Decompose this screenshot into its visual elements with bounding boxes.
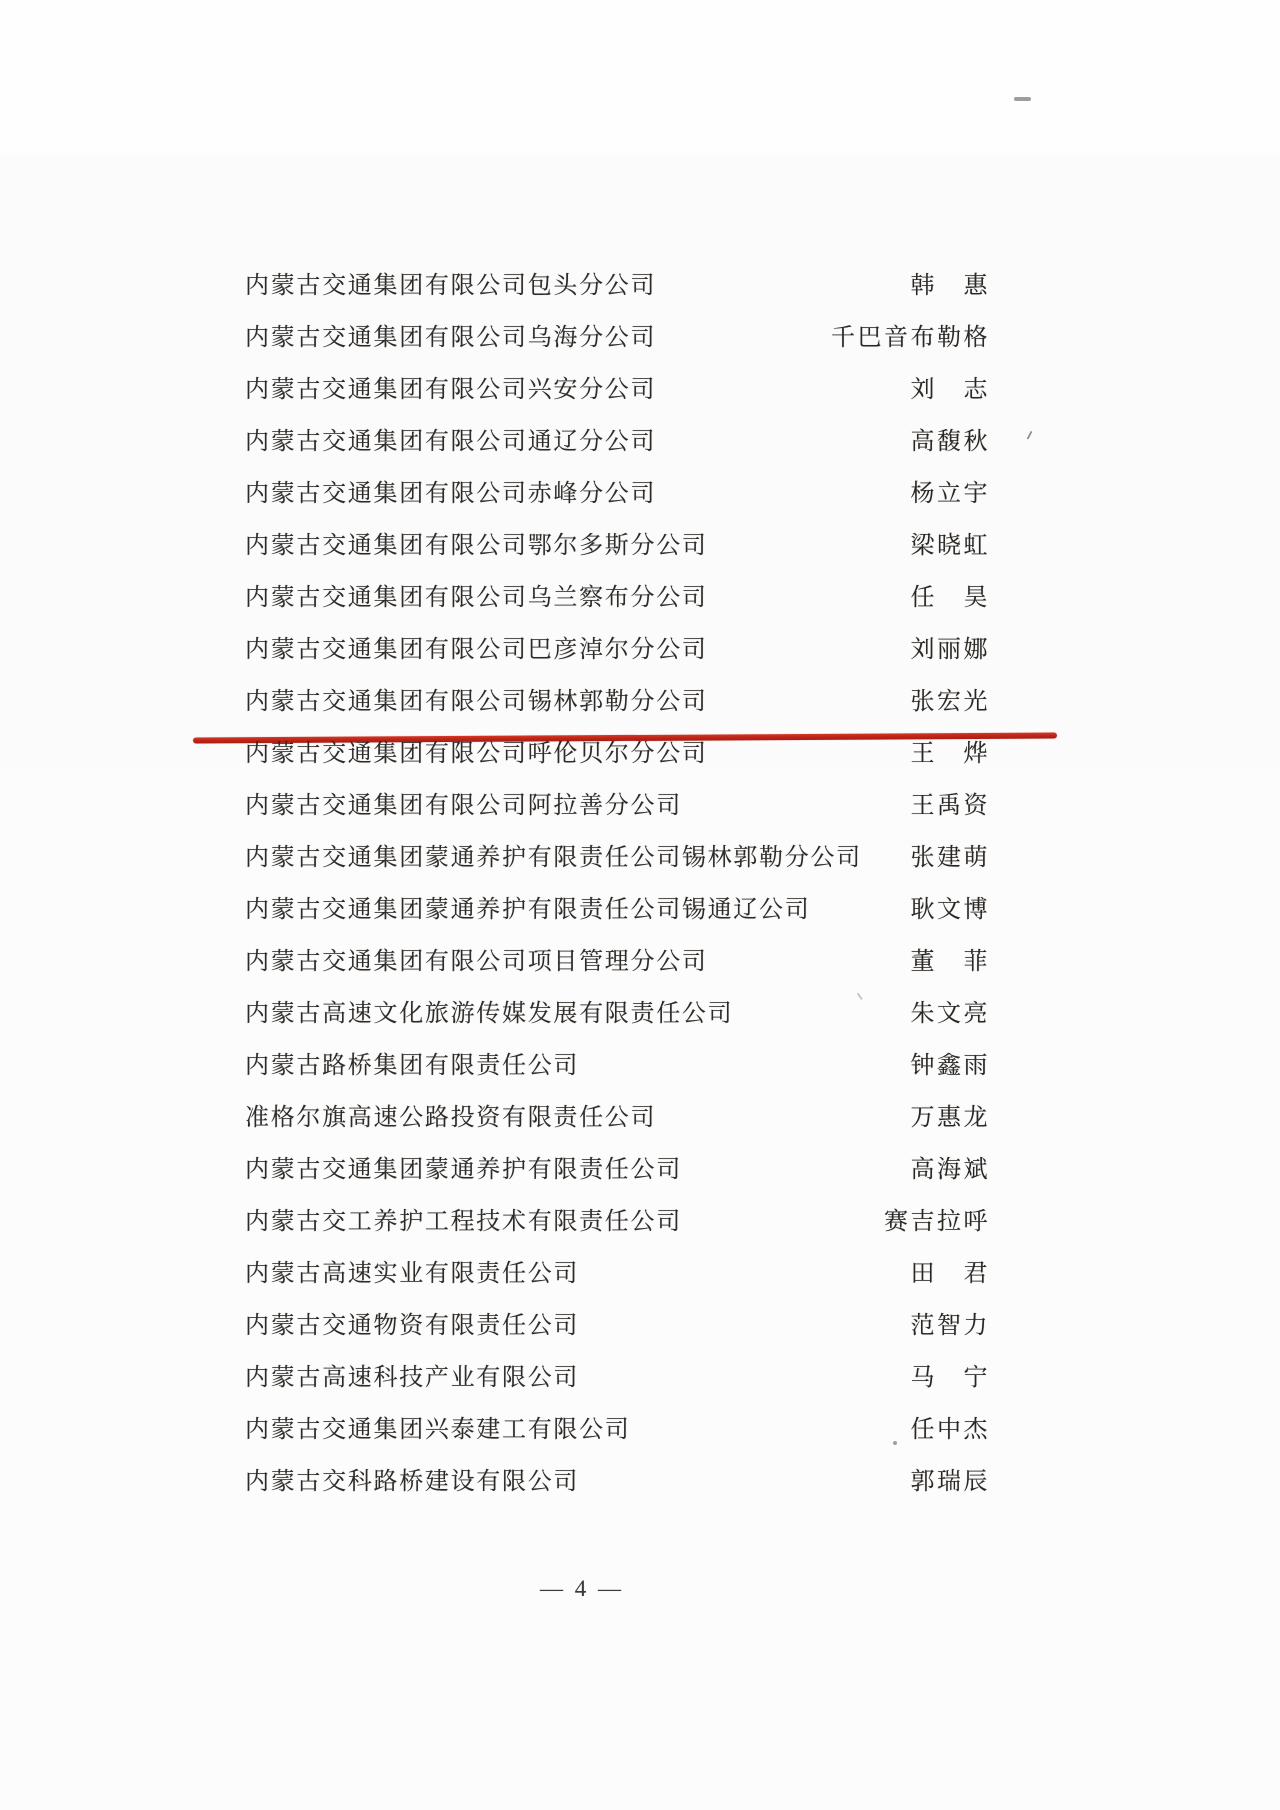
person-name: 刘 志 bbox=[790, 374, 990, 406]
company-name: 内蒙古交通集团有限公司呼伦贝尔分公司 bbox=[245, 738, 708, 770]
roster-row: 内蒙古交通集团有限公司呼伦贝尔分公司王 烨 bbox=[0, 738, 1280, 770]
roster-row: 内蒙古交通物资有限责任公司范智力 bbox=[0, 1310, 1280, 1342]
roster-row: 内蒙古交通集团蒙通养护有限责任公司锡林郭勒分公司张建萌 bbox=[0, 842, 1280, 874]
roster-row: 内蒙古交通集团有限公司包头分公司韩 惠 bbox=[0, 270, 1280, 302]
person-name: 张宏光 bbox=[790, 686, 990, 718]
company-name: 内蒙古交通集团蒙通养护有限责任公司 bbox=[245, 1154, 682, 1186]
person-name: 任 昊 bbox=[790, 582, 990, 614]
person-name: 钟鑫雨 bbox=[790, 1050, 990, 1082]
roster-row: 内蒙古交通集团有限公司赤峰分公司杨立宇 bbox=[0, 478, 1280, 510]
roster-row: 内蒙古交工养护工程技术有限责任公司赛吉拉呼 bbox=[0, 1206, 1280, 1238]
person-name: 田 君 bbox=[790, 1258, 990, 1290]
company-name: 内蒙古交通集团有限公司乌海分公司 bbox=[245, 322, 656, 354]
person-name: 王 烨 bbox=[790, 738, 990, 770]
person-name: 耿文博 bbox=[790, 894, 990, 926]
company-name: 内蒙古交通物资有限责任公司 bbox=[245, 1310, 579, 1342]
roster-row: 内蒙古交通集团有限公司项目管理分公司董 菲 bbox=[0, 946, 1280, 978]
roster-row: 内蒙古路桥集团有限责任公司钟鑫雨 bbox=[0, 1050, 1280, 1082]
person-name: 王禹资 bbox=[790, 790, 990, 822]
company-name: 内蒙古交通集团有限公司项目管理分公司 bbox=[245, 946, 708, 978]
person-name: 高海斌 bbox=[790, 1154, 990, 1186]
company-name: 内蒙古交通集团有限公司兴安分公司 bbox=[245, 374, 656, 406]
roster-row: 内蒙古交通集团有限公司阿拉善分公司王禹资 bbox=[0, 790, 1280, 822]
person-name: 高馥秋 bbox=[790, 426, 990, 458]
company-name: 内蒙古高速科技产业有限公司 bbox=[245, 1362, 579, 1394]
person-name: 杨立宇 bbox=[790, 478, 990, 510]
company-name: 内蒙古交通集团有限公司鄂尔多斯分公司 bbox=[245, 530, 708, 562]
company-name: 内蒙古交通集团有限公司乌兰察布分公司 bbox=[245, 582, 708, 614]
company-name: 内蒙古交通集团蒙通养护有限责任公司锡林郭勒分公司 bbox=[245, 842, 862, 874]
company-name: 内蒙古交通集团有限公司锡林郭勒分公司 bbox=[245, 686, 708, 718]
roster-row: 内蒙古交通集团有限公司锡林郭勒分公司张宏光 bbox=[0, 686, 1280, 718]
scanned-document-page: 内蒙古交通集团有限公司包头分公司韩 惠内蒙古交通集团有限公司乌海分公司千巴音布勒… bbox=[0, 0, 1280, 1810]
company-name: 内蒙古交通集团有限公司巴彦淖尔分公司 bbox=[245, 634, 708, 666]
roster-row: 内蒙古交通集团兴泰建工有限公司任中杰 bbox=[0, 1414, 1280, 1446]
roster-row: 内蒙古交科路桥建设有限公司郭瑞辰 bbox=[0, 1466, 1280, 1498]
roster-row: 内蒙古高速实业有限责任公司田 君 bbox=[0, 1258, 1280, 1290]
person-name: 韩 惠 bbox=[790, 270, 990, 302]
company-name: 内蒙古路桥集团有限责任公司 bbox=[245, 1050, 579, 1082]
roster-row: 内蒙古交通集团有限公司乌兰察布分公司任 昊 bbox=[0, 582, 1280, 614]
person-name: 赛吉拉呼 bbox=[790, 1206, 990, 1238]
roster-row: 内蒙古高速文化旅游传媒发展有限责任公司朱文亮 bbox=[0, 998, 1280, 1030]
person-name: 梁晓虹 bbox=[790, 530, 990, 562]
company-name: 内蒙古高速实业有限责任公司 bbox=[245, 1258, 579, 1290]
person-name: 张建萌 bbox=[790, 842, 990, 874]
company-name: 内蒙古交通集团有限公司通辽分公司 bbox=[245, 426, 656, 458]
company-name: 内蒙古交通集团有限公司包头分公司 bbox=[245, 270, 656, 302]
roster-row: 内蒙古交通集团有限公司乌海分公司千巴音布勒格 bbox=[0, 322, 1280, 354]
person-name: 任中杰 bbox=[790, 1414, 990, 1446]
company-name: 内蒙古交通集团有限公司阿拉善分公司 bbox=[245, 790, 682, 822]
roster-row: 内蒙古交通集团蒙通养护有限责任公司高海斌 bbox=[0, 1154, 1280, 1186]
roster-row: 内蒙古交通集团有限公司通辽分公司高馥秋 bbox=[0, 426, 1280, 458]
scan-artifact-dash bbox=[1014, 97, 1031, 101]
roster-row: 准格尔旗高速公路投资有限责任公司万惠龙 bbox=[0, 1102, 1280, 1134]
company-name: 准格尔旗高速公路投资有限责任公司 bbox=[245, 1102, 656, 1134]
person-name: 马 宁 bbox=[790, 1362, 990, 1394]
roster-row: 内蒙古交通集团蒙通养护有限责任公司锡通辽公司耿文博 bbox=[0, 894, 1280, 926]
company-name: 内蒙古交科路桥建设有限公司 bbox=[245, 1466, 579, 1498]
person-name: 朱文亮 bbox=[790, 998, 990, 1030]
company-name: 内蒙古交通集团蒙通养护有限责任公司锡通辽公司 bbox=[245, 894, 810, 926]
roster-row: 内蒙古高速科技产业有限公司马 宁 bbox=[0, 1362, 1280, 1394]
person-name: 万惠龙 bbox=[790, 1102, 990, 1134]
roster-row: 内蒙古交通集团有限公司兴安分公司刘 志 bbox=[0, 374, 1280, 406]
person-name: 董 菲 bbox=[790, 946, 990, 978]
page-number: — 4 — bbox=[432, 1576, 732, 1602]
roster-row: 内蒙古交通集团有限公司巴彦淖尔分公司刘丽娜 bbox=[0, 634, 1280, 666]
roster-row: 内蒙古交通集团有限公司鄂尔多斯分公司梁晓虹 bbox=[0, 530, 1280, 562]
person-name: 郭瑞辰 bbox=[790, 1466, 990, 1498]
company-name: 内蒙古高速文化旅游传媒发展有限责任公司 bbox=[245, 998, 733, 1030]
company-name: 内蒙古交通集团兴泰建工有限公司 bbox=[245, 1414, 631, 1446]
company-name: 内蒙古交工养护工程技术有限责任公司 bbox=[245, 1206, 682, 1238]
person-name: 千巴音布勒格 bbox=[790, 322, 990, 354]
person-name: 刘丽娜 bbox=[790, 634, 990, 666]
company-name: 内蒙古交通集团有限公司赤峰分公司 bbox=[245, 478, 656, 510]
person-name: 范智力 bbox=[790, 1310, 990, 1342]
